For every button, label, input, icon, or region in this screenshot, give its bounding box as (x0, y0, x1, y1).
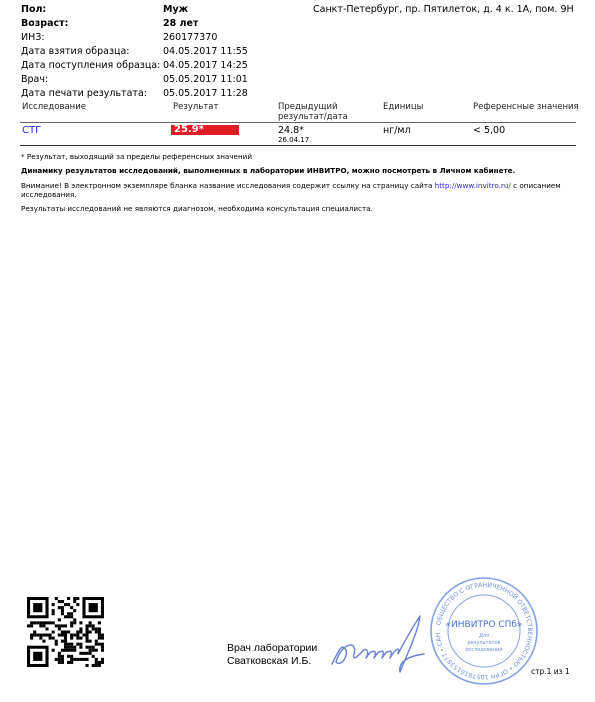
col-test: Исследование (22, 102, 86, 112)
attention-note-line2: исследования. (21, 190, 77, 199)
attention-note: Внимание! В электронном экземпляре бланк… (21, 181, 561, 190)
svg-text:исследований: исследований (465, 646, 502, 653)
attention-suffix: с описанием (513, 181, 561, 190)
result-value-flagged: 25.9* (171, 125, 239, 135)
col-units: Единицы (383, 102, 423, 112)
receipt-date-label: Дата поступления образца: (21, 60, 160, 71)
col-reference: Референсные значения (473, 102, 579, 112)
col-previous-line1: Предыдущий (278, 102, 348, 112)
sex-value: Муж (163, 4, 188, 15)
dynamics-note: Динамику результатов исследований, выпол… (21, 166, 515, 175)
signature-icon (328, 612, 428, 677)
doctor-label: Врач: (21, 74, 48, 85)
print-date-label: Дата печати результата: (21, 88, 147, 99)
address-partial: (...) (313, 0, 329, 2)
qr-code-icon (27, 597, 104, 667)
doctor-name: Сватковская И.Б. (227, 655, 311, 667)
sample-date-value: 04.05.2017 11:55 (163, 46, 248, 57)
svg-text:«ИНВИТРО СПб»: «ИНВИТРО СПб» (446, 620, 523, 630)
svg-text:Для: Для (478, 633, 489, 639)
stamp-icon: ОБЩЕСТВО С ОГРАНИЧЕННОЙ ОТВЕТСТВЕННОСТЬЮ… (428, 575, 540, 687)
col-previous: Предыдущий результат/дата (278, 102, 348, 122)
sex-label: Пол: (21, 4, 46, 15)
units-value: нг/мл (383, 125, 411, 136)
inz-label: ИНЗ: (21, 32, 45, 43)
previous-date: 26.04.17 (278, 136, 309, 144)
footnote: * Результат, выходящий за пределы рефере… (21, 152, 252, 161)
col-previous-line2: результат/дата (278, 112, 348, 122)
attention-text: Внимание! В электронном экземпляре бланк… (21, 181, 432, 190)
lab-address: Санкт-Петербург, пр. Пятилеток, д. 4 к. … (313, 4, 574, 15)
header-divider (20, 122, 576, 123)
reference-value: < 5,00 (473, 125, 505, 136)
previous-value: 24.8* (278, 125, 304, 136)
test-link[interactable]: СТГ (22, 125, 41, 136)
row-divider (20, 145, 576, 146)
age-value: 28 лет (163, 18, 198, 29)
age-label: Возраст: (21, 18, 68, 29)
svg-text:результатов: результатов (468, 640, 501, 646)
col-result: Результат (173, 102, 218, 112)
disclaimer: Результаты исследований не являются диаг… (21, 204, 373, 213)
doctor-title: Врач лаборатории (227, 642, 317, 654)
page-number: стр.1 из 1 (531, 667, 570, 676)
doctor-value: 05.05.2017 11:01 (163, 74, 248, 85)
print-date-value: 05.05.2017 11:28 (163, 88, 248, 99)
invitro-link[interactable]: http://www.invitro.ru/ (435, 181, 511, 190)
sample-date-label: Дата взятия образца: (21, 46, 130, 57)
inz-value: 260177370 (163, 32, 217, 43)
receipt-date-value: 04.05.2017 14:25 (163, 60, 248, 71)
